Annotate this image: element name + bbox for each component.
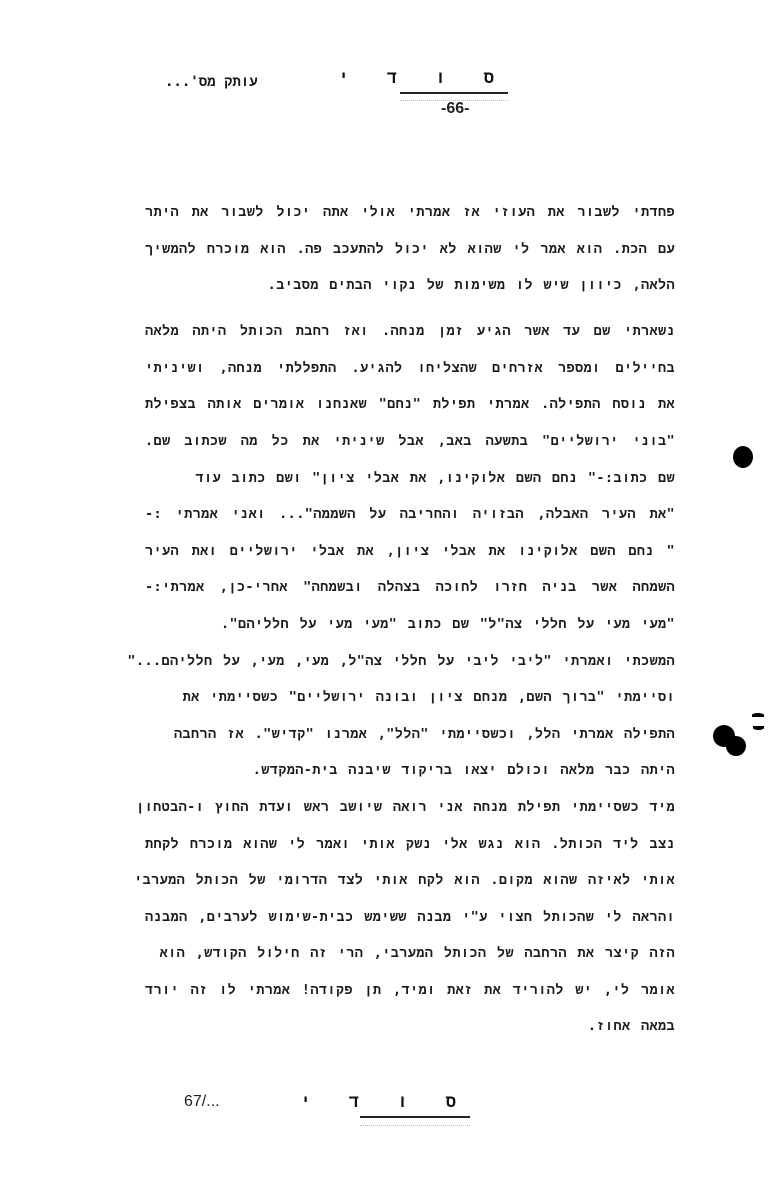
text-line: עם הכת. הוא אמר לי שהוא לא יכול להתעכב פ… xyxy=(145,237,675,274)
text-line: הלאה, כיוון שיש לו משימות של נקוי הבתים … xyxy=(145,273,675,319)
text-line: "את העיר האבלה, הבזויה והחריבה על השממה"… xyxy=(145,502,675,539)
text-line: את נוסח התפילה. אמרתי תפילת "נחם" שאנחנו… xyxy=(145,392,675,429)
text-line: "בוני ירושליים" בתשעה באב, אבל שיניתי את… xyxy=(145,429,675,466)
text-line: וסיימתי "ברוך השם, מנחם ציון ובונה ירושל… xyxy=(145,685,675,722)
text-line: " נחם השם אלוקינו את אבלי ציון, את אבלי … xyxy=(145,539,675,576)
classification-underline xyxy=(360,1116,470,1118)
text-line: אותי לאיזה שהוא מקום. הוא לקח אותי לצד ה… xyxy=(145,868,675,905)
copy-number: עותק מס'... xyxy=(165,74,258,91)
text-line: השמחה אשר בניה חזרו לחוכה בצהלה ובשמחה" … xyxy=(145,575,675,612)
ink-blot xyxy=(752,713,764,717)
text-line: המשכתי ואמרתי "ליבי ליבי על חללי צה"ל, מ… xyxy=(145,649,675,686)
classification-label: ס ו ד י xyxy=(300,1092,470,1112)
text-line: שם כתוב:-" נחם השם אלוקינו, את אבלי ציון… xyxy=(145,466,675,503)
text-line: "מעי מעי על חללי צה"ל" שם כתוב "מעי מעי … xyxy=(145,612,675,649)
body-text: פחדתי לשבור את העוזי אז אמרתי אולי אתה י… xyxy=(145,200,675,1051)
classification-underline xyxy=(400,92,508,94)
text-line: פחדתי לשבור את העוזי אז אמרתי אולי אתה י… xyxy=(145,200,675,237)
continuation-marker: 67/... xyxy=(184,1093,220,1111)
page-number: -66- xyxy=(441,100,469,118)
text-line: התפילה אמרתי הלל, וכשסיימתי "הלל", אמרנו… xyxy=(145,722,675,759)
text-line: מיד כשסיימתי תפילת מנחה אני רואה שיושב ר… xyxy=(145,795,675,832)
ink-blot xyxy=(726,736,746,756)
text-line: נשארתי שם עד אשר הגיע זמן מנחה. ואז רחבת… xyxy=(145,319,675,356)
classification-footer: ס ו ד י xyxy=(360,1092,470,1113)
classification-dotted-line xyxy=(360,1125,470,1126)
document-page: ס ו ד י עותק מס'... -66- פחדתי לשבור את … xyxy=(0,0,770,1200)
text-line: היתה כבר מלאה וכולם יצאו בריקוד שיבנה בי… xyxy=(145,758,675,795)
text-line: אומר לי, יש להוריד את זאת ומיד, תן פקודה… xyxy=(145,978,675,1015)
ink-blot xyxy=(753,726,764,730)
classification-header: ס ו ד י xyxy=(400,68,508,89)
text-line: והראה לי שהכותל חצוי ע"י מבנה ששימש כבית… xyxy=(145,905,675,942)
classification-label: ס ו ד י xyxy=(338,68,508,88)
text-line: במאה אחוז. xyxy=(145,1014,675,1051)
text-line: הזה קיצר את הרחבה של הכותל המערבי, הרי ז… xyxy=(145,941,675,978)
ink-blot xyxy=(733,446,753,468)
text-line: בחיילים ומספר אזרחים שהצליחו להגיע. התפל… xyxy=(145,356,675,393)
text-line: נצב ליד הכותל. הוא נגש אלי נשק אותי ואמר… xyxy=(145,832,675,869)
